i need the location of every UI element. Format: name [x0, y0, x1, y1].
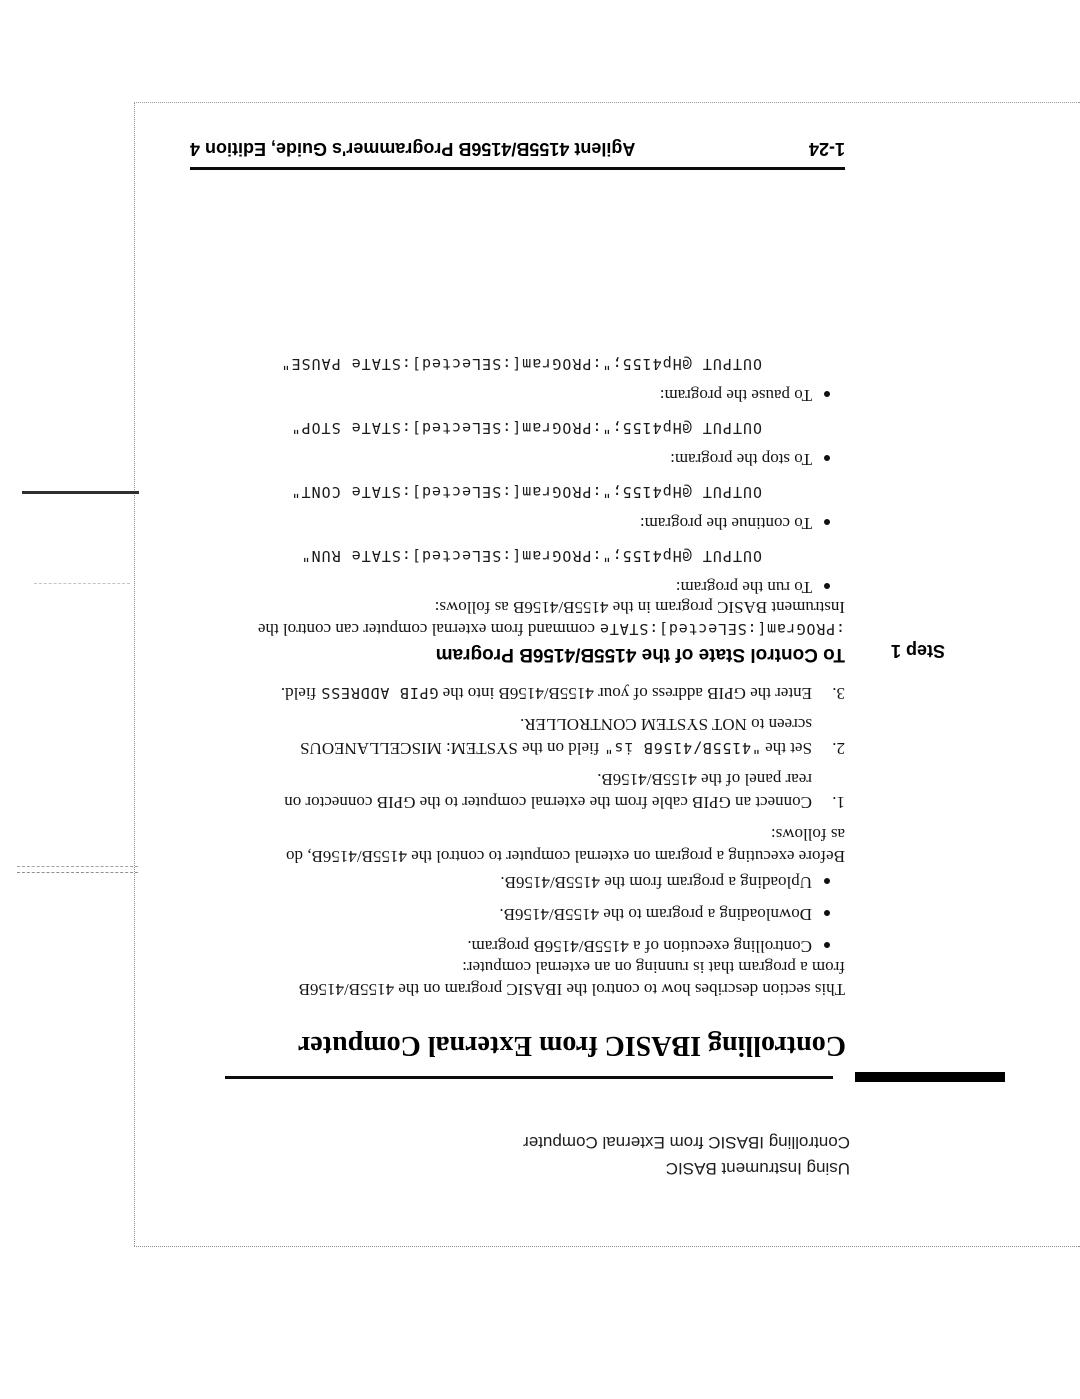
step-number: 1. [812, 768, 845, 814]
list-item-text: Downloading a program to the 4155B/4156B… [499, 904, 812, 924]
state-control: To pause the program: OUTPUT @Hp4155;":P… [281, 355, 845, 405]
intro-paragraph: This section describes how to control th… [299, 956, 845, 1000]
list-item: Uploading a program from the 4155B/4156B… [467, 871, 830, 892]
setup-step: 3. Enter the GPIB address of your 4155B/… [281, 681, 845, 705]
book-title: Agilent 4155B/4156B Programmer's Guide, … [190, 138, 635, 159]
before-line: as follows: [286, 823, 845, 845]
gpib-command-code: OUTPUT @Hp4155;":PROGram[:SELected]:STAT… [281, 355, 762, 373]
running-header-section: Controlling IBASIC from External Compute… [523, 1129, 850, 1155]
state-control: To stop the program: OUTPUT @Hp4155;":PR… [281, 419, 845, 469]
task-bullet-list: Controlling execution of a 4155B/4156B p… [467, 860, 830, 956]
step-intro-line: :PROGram[:SELected]:STATe command from e… [258, 618, 845, 640]
bullet-icon [824, 879, 830, 885]
page-rotated-180: Using Instrument BASIC Controlling IBASI… [0, 0, 1080, 1399]
page-footer: 1-24 Agilent 4155B/4156B Programmer's Gu… [190, 138, 845, 159]
step-number: 2. [812, 713, 845, 760]
list-item-text: Controlling execution of a 4155B/4156B p… [467, 936, 812, 956]
step-line: rear panel of the 4155B/4156B. [284, 768, 812, 791]
step-line: Connect an GPIB cable from the external … [284, 791, 812, 814]
bullet-icon [824, 392, 830, 398]
list-item: Controlling execution of a 4155B/4156B p… [467, 935, 830, 956]
step-text: Connect an GPIB cable from the external … [284, 768, 812, 814]
gpib-command-code: OUTPUT @Hp4155;":PROGram[:SELected]:STAT… [281, 483, 762, 501]
list-item: To pause the program: [281, 384, 830, 405]
bullet-icon [824, 584, 830, 590]
bullet-icon [824, 911, 830, 917]
list-item: To run the program: [281, 576, 830, 597]
paper-edge-bottom [134, 102, 1080, 103]
state-control: To continue the program: OUTPUT @Hp4155;… [281, 483, 845, 533]
step-intro-line: Instrument BASIC program in the 4155B/41… [258, 597, 845, 618]
bullet-icon [824, 456, 830, 462]
step-intro-paragraph: :PROGram[:SELected]:STATe command from e… [258, 597, 845, 640]
state-control: To run the program: OUTPUT @Hp4155;":PRO… [281, 547, 845, 597]
paper-edge-right [134, 103, 135, 1247]
control-label: To run the program: [676, 577, 812, 597]
running-header: Using Instrument BASIC Controlling IBASI… [523, 1129, 850, 1181]
list-item: To stop the program: [281, 448, 830, 469]
control-label: To stop the program: [670, 449, 812, 469]
step-number: 3. [812, 681, 845, 705]
list-item: Downloading a program to the 4155B/4156B… [467, 903, 830, 924]
section-rule-thin-line [225, 1076, 833, 1079]
page-number: 1-24 [809, 138, 845, 159]
list-item: To continue the program: [281, 512, 830, 533]
setup-step: 1. Connect an GPIB cable from the extern… [281, 768, 845, 814]
scan-artifact-faint-dashes [34, 583, 130, 584]
step-text: Set the "4155B/4156B is" field on the SY… [300, 713, 812, 760]
bullet-icon [824, 520, 830, 526]
before-paragraph: Before executing a program on external c… [286, 823, 845, 867]
before-line: Before executing a program on external c… [286, 845, 845, 867]
intro-line: from a program that is running on an ext… [299, 956, 845, 978]
step-line: screen to NOT SYSTEM CONTROLLER. [300, 713, 812, 736]
scan-artifact-solid-line [22, 491, 139, 494]
gpib-command-code: OUTPUT @Hp4155;":PROGram[:SELected]:STAT… [281, 547, 762, 565]
list-item-text: Uploading a program from the 4155B/4156B… [500, 872, 812, 892]
section-rule-thick-bar [855, 1072, 1005, 1082]
control-label: To pause the program: [660, 385, 812, 405]
section-title: Controlling IBASIC from External Compute… [298, 1029, 846, 1061]
setup-step-list: 1. Connect an GPIB cable from the extern… [281, 673, 845, 814]
intro-line: This section describes how to control th… [299, 978, 845, 1000]
scanned-page: Using Instrument BASIC Controlling IBASI… [0, 0, 1080, 1399]
footer-rule [190, 167, 845, 170]
step-text: Enter the GPIB address of your 4155B/415… [281, 681, 812, 705]
step-line: Enter the GPIB address of your 4155B/415… [281, 681, 812, 705]
control-label: To continue the program: [640, 513, 812, 533]
running-header-chapter: Using Instrument BASIC [523, 1155, 850, 1181]
state-control-list: To run the program: OUTPUT @Hp4155;":PRO… [281, 341, 845, 597]
scan-artifact-dashed-lines [17, 866, 138, 873]
bullet-icon [824, 943, 830, 949]
margin-step-label: Step 1 [891, 640, 945, 661]
gpib-command-code: OUTPUT @Hp4155;":PROGram[:SELected]:STAT… [281, 419, 762, 437]
step-heading: To Control State of the 4155B/4156B Prog… [436, 643, 845, 665]
step-line: Set the "4155B/4156B is" field on the SY… [300, 736, 812, 760]
paper-edge-top [134, 1246, 1080, 1247]
setup-step: 2. Set the "4155B/4156B is" field on the… [281, 713, 845, 760]
